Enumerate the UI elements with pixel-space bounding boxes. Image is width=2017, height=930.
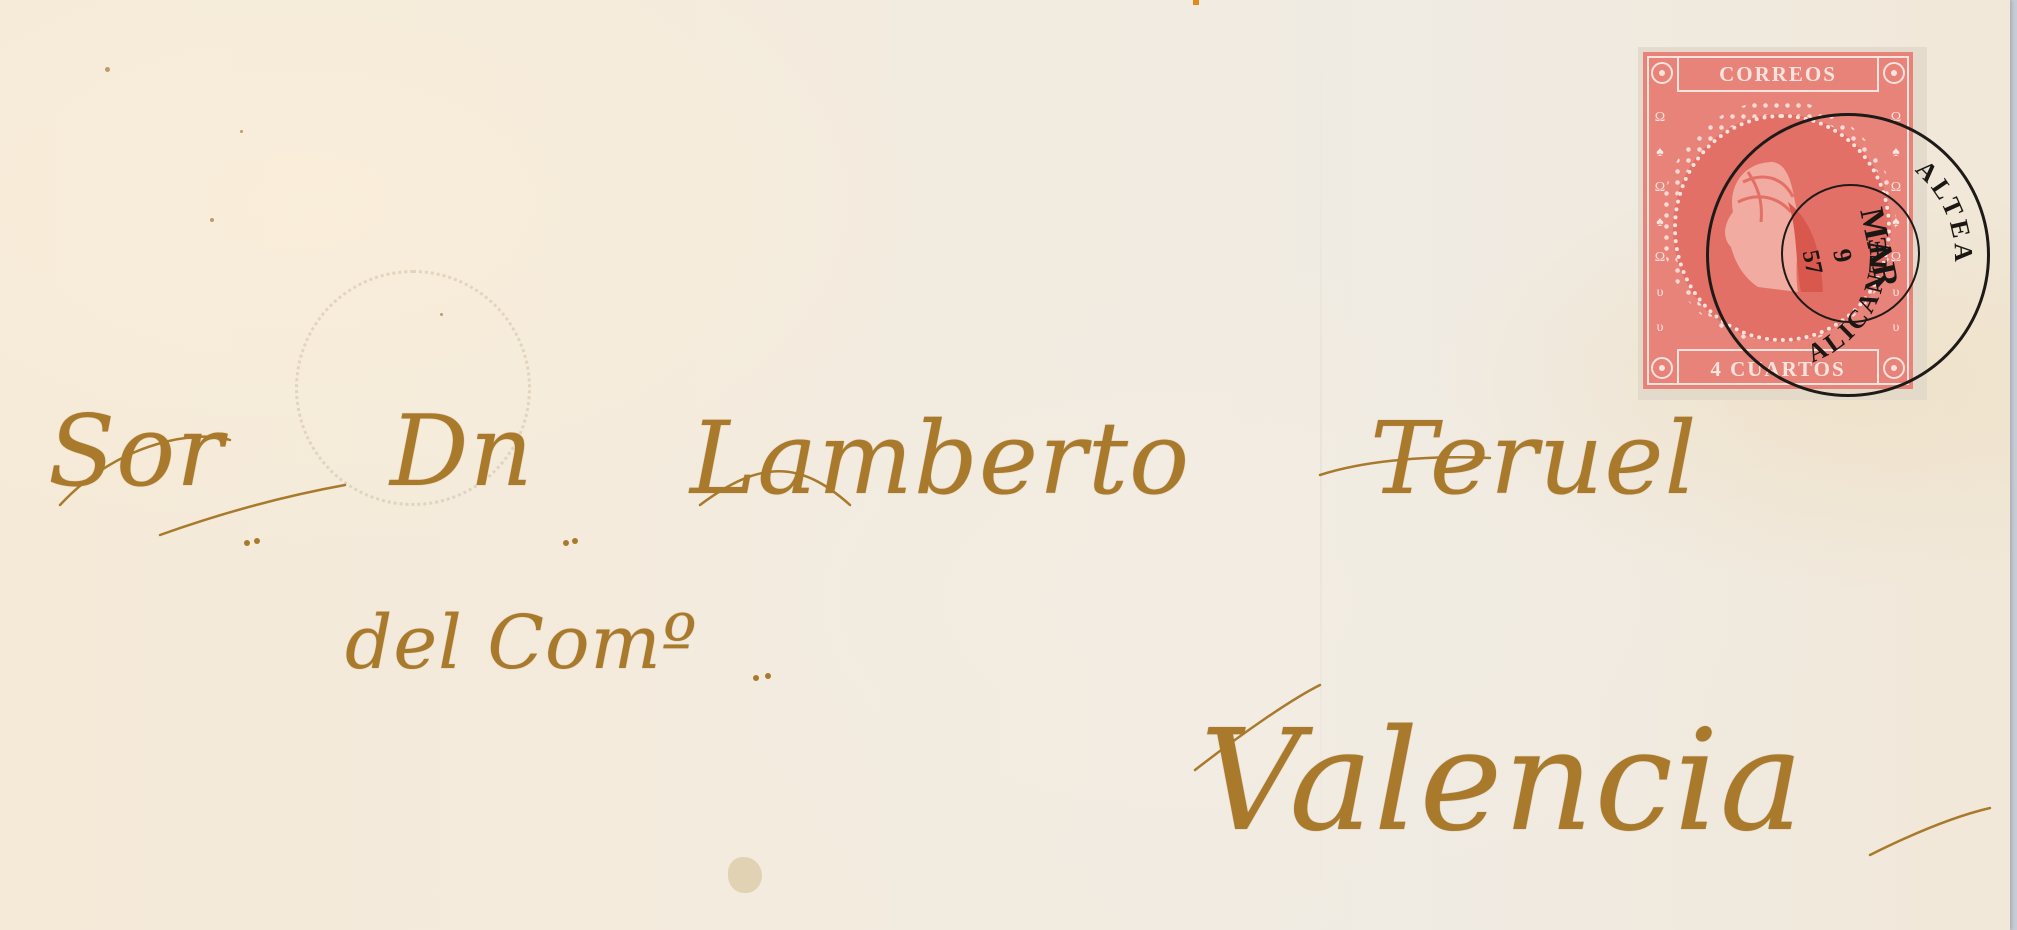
postmark-day: 9	[1827, 246, 1858, 265]
envelope: CORREOS 4 CUARTOS Ω♠Ω♠Ωυυ Ω♠Ω♠Ωυυ ALICAN…	[0, 0, 2010, 930]
speck	[105, 67, 110, 72]
address-first-name: Lamberto	[690, 400, 1190, 517]
address-title: Dn	[390, 395, 534, 509]
postmark-month: MAR	[1852, 205, 1905, 293]
paper-stain	[728, 857, 762, 893]
address-salutation: Sor	[48, 395, 224, 509]
corner-rosette-icon	[1883, 62, 1905, 84]
address-city: Valencia	[1200, 700, 1804, 863]
address-last-name: Teruel	[1370, 400, 1697, 517]
speck	[440, 313, 443, 316]
speck	[210, 218, 214, 222]
svg-text:ALTEA: ALTEA	[1910, 154, 1978, 266]
speck	[240, 130, 243, 133]
address-line-2: del Comº	[345, 600, 698, 686]
ink-mark	[1193, 0, 1199, 5]
postmark-year: 57	[1797, 248, 1827, 277]
circular-datestamp: ALICANTE ALTEA MAR 9 57	[1706, 113, 1990, 397]
corner-rosette-icon	[1651, 62, 1673, 84]
postmark-town: ALTEA	[1910, 154, 1978, 266]
datestamp-text: ALICANTE ALTEA MAR 9 57	[1709, 116, 1993, 400]
stamp-top-label: CORREOS	[1679, 62, 1877, 87]
corner-rosette-icon	[1651, 357, 1673, 379]
